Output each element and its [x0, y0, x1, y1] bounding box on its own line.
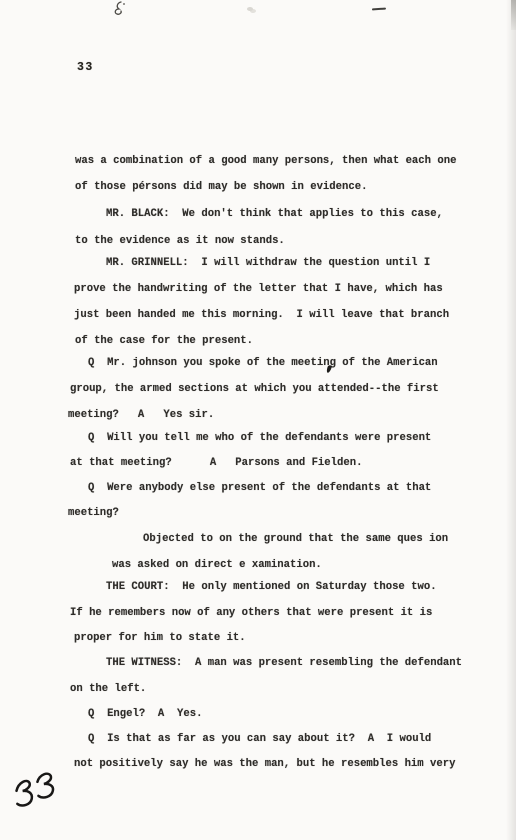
- handwritten-page-number: [11, 772, 63, 814]
- transcript-line: was a combination of a good many persons…: [75, 155, 456, 167]
- ink-squiggle-mark: [112, 1, 130, 17]
- ink-blot-mark: [326, 365, 332, 374]
- transcript-line: of the case for the present.: [75, 335, 253, 347]
- transcript-line: THE COURT: He only mentioned on Saturday…: [106, 581, 437, 593]
- transcript-line: meeting?: [68, 507, 119, 519]
- transcript-scan-page: 33 was a combination of a good many pers…: [0, 0, 516, 840]
- transcript-line: was asked on direct e xamination.: [112, 559, 322, 571]
- transcript-line: not positively say he was the man, but h…: [74, 758, 455, 770]
- transcript-line: prove the handwriting of the letter that…: [74, 283, 443, 295]
- faint-smudge-mark: [247, 7, 253, 11]
- transcript-line: If he remembers now of any others that w…: [70, 607, 432, 619]
- transcript-line: THE WITNESS: A man was present resemblin…: [106, 657, 462, 669]
- transcript-line: of those pérsons did may be shown in evi…: [75, 181, 367, 193]
- transcript-line: Q Were anybody else present of the defen…: [88, 482, 431, 494]
- transcript-line: Q Is that as far as you can say about it…: [88, 733, 431, 745]
- transcript-line: Objected to on the ground that the same …: [143, 533, 448, 545]
- transcript-line: at that meeting? A Parsons and Fielden.: [70, 457, 362, 469]
- transcript-line: on the left.: [70, 683, 146, 695]
- transcript-line: MR. GRINNELL: I will withdraw the questi…: [106, 257, 430, 269]
- transcript-line: meeting? A Yes sir.: [68, 409, 214, 421]
- transcript-line: MR. BLACK: We don't think that applies t…: [106, 208, 443, 220]
- page-number: 33: [77, 61, 94, 74]
- transcript-line: Q Will you tell me who of the defendants…: [88, 432, 431, 444]
- transcript-line: proper for him to state it.: [74, 632, 246, 644]
- pen-dash-mark: [372, 8, 386, 11]
- transcript-line: group, the armed sections at which you a…: [70, 383, 439, 395]
- corner-smudge: [511, 0, 516, 30]
- transcript-line: Q Mr. johnson you spoke of the meeting o…: [88, 357, 438, 369]
- page-edge-shading: [506, 0, 516, 840]
- transcript-line: to the evidence as it now stands.: [75, 235, 285, 247]
- transcript-line: Q Engel? A Yes.: [88, 708, 202, 720]
- transcript-line: just been handed me this morning. I will…: [74, 309, 449, 321]
